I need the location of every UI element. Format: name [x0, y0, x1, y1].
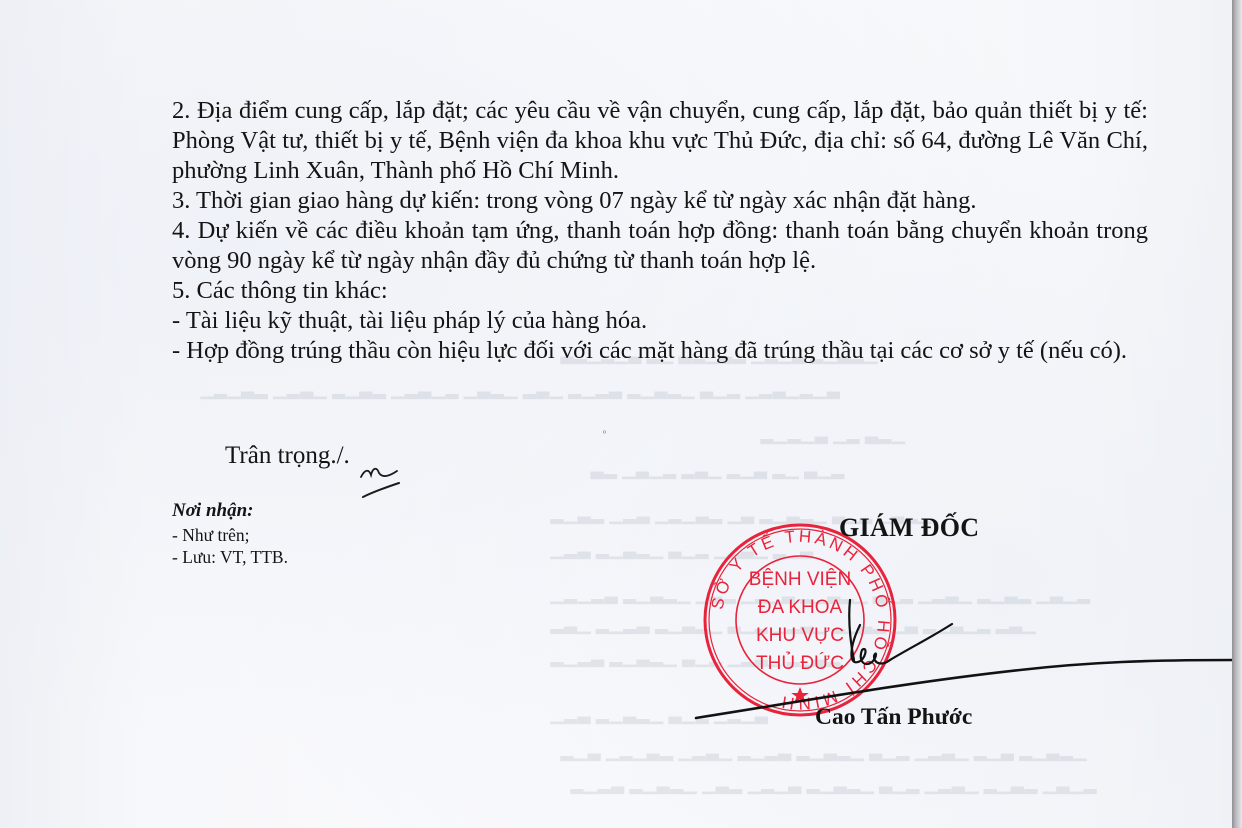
signer-title: GIÁM ĐỐC	[839, 513, 979, 543]
bleed-through-text: ▁▂▃▁▂ ▃▁▂ ▁▃▂▁ ▂▁▃ ▁▂▃▁▂ ▃▂▁▂ ▁▃▂▁ ▂▃▁▂▁…	[560, 742, 1087, 762]
paragraph-other-info: 5. Các thông tin khác:	[172, 276, 1148, 306]
seal-line-1: BỆNH VIỆN	[749, 568, 851, 590]
recipient-item: - Lưu: VT, TTB.	[172, 546, 288, 568]
hospital-seal-icon: SỞ Y TẾ THÀNH PHỐ HỒ CHÍ MINH BỆNH VIỆN …	[700, 520, 900, 720]
bleed-through-text: ▁▂▃ ▂▁ ▃▁▂▁▂	[760, 425, 905, 445]
bleed-through-text: ▂▁▃ ▁▂ ▃▁▂ ▁▃▂ ▂▁▃▁ ▂▃	[590, 460, 845, 480]
seal-line-3: KHU VỰC	[756, 625, 844, 646]
bleed-through-text: ▃▁▂▁▃▂▁ ▂▁▃ ▁▂▃▁▂ ▃▂▁▂ ▁▃▂ ▁▂▃▁ ▂▁▃▂▁ ▂▃…	[200, 380, 840, 400]
paragraph-delivery-time: 3. Thời gian giao hàng dự kiến: trong vò…	[172, 186, 1148, 216]
signer-name: Cao Tấn Phước	[815, 704, 972, 731]
letter-body: 2. Địa điểm cung cấp, lắp đặt; các yêu c…	[172, 96, 1148, 366]
paragraph-payment-terms: 4. Dự kiến về các điều khoản tạm ứng, th…	[172, 216, 1148, 276]
scan-speck: ᵒ	[603, 428, 606, 439]
paragraph-delivery-location: 2. Địa điểm cung cấp, lắp đặt; các yêu c…	[172, 96, 1148, 186]
bleed-through-text: ▂▁▃▁ ▂▃▁▂ ▁▃▂▁ ▂▁▃ ▁▂▃▁▂ ▃▁▂▁ ▂▃▁ ▁▂▃▁▂ …	[570, 775, 1097, 795]
paragraph-technical-docs: - Tài liệu kỹ thuật, tài liệu pháp lý củ…	[172, 306, 1148, 336]
recipient-item: - Như trên;	[172, 524, 288, 546]
initial-mark-icon	[355, 455, 405, 500]
closing-remark: Trân trọng./.	[225, 442, 350, 470]
recipients-block: Nơi nhận: - Như trên; - Lưu: VT, TTB.	[172, 500, 288, 568]
paragraph-contracts: - Hợp đồng trúng thầu còn hiệu lực đối v…	[172, 336, 1148, 366]
scanned-page: ▁▂▃▁▂ ▃▁▂▁ ▂▃▁▂▃ ▁▂ ▃▁▂▁▂▃ ▃▁▂▁▃▂▁ ▂▁▃ ▁…	[0, 0, 1232, 828]
recipients-title: Nơi nhận:	[172, 500, 288, 522]
seal-line-2: ĐA KHOA	[758, 597, 843, 618]
scan-edge	[1232, 0, 1242, 828]
seal-line-4: THỦ ĐỨC	[756, 652, 844, 674]
